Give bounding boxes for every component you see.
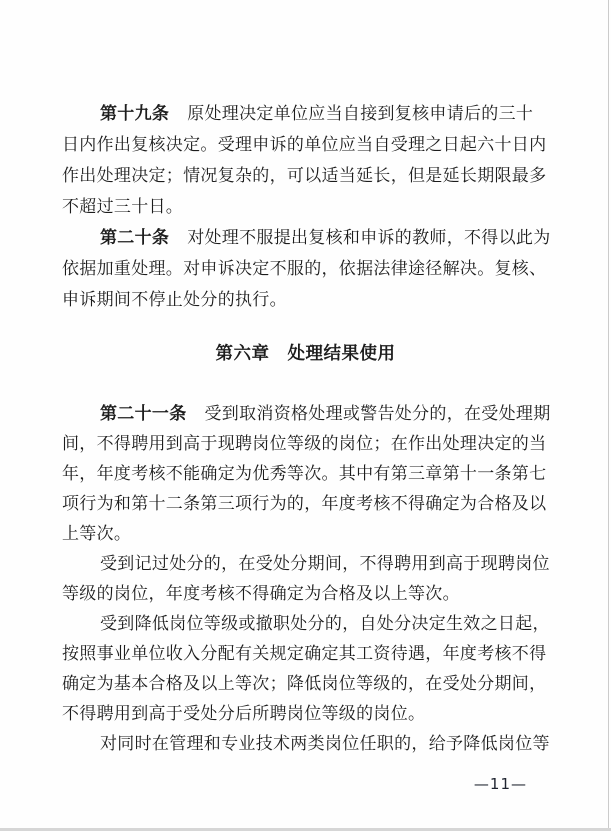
article20-line-2: 依据加重处理。对申诉决定不服的，依据法律途径解决。复核、 <box>62 254 548 285</box>
text-line: 对同时在管理和专业技术两类岗位任职的，给予降低岗位等 <box>62 729 548 759</box>
para-demotion-line-4: 不得聘用到高于受处分后所聘岗位等级的岗位。 <box>62 699 548 729</box>
text-line: 第二十条对处理不服提出复核和申诉的教师，不得以此为 <box>62 223 548 254</box>
article20-line-1: 对处理不服提出复核和申诉的教师，不得以此为 <box>187 228 550 248</box>
para-record-demerit-line-2: 等级的岗位，年度考核不得确定为合格及以上等次。 <box>62 579 548 609</box>
document-page: 第十九条原处理决定单位应当自接到复核申请后的三十 日内作出复核决定。受理申诉的单… <box>0 0 611 831</box>
article21-term: 第二十一条 <box>100 404 187 424</box>
text-line: 受到降低岗位等级或撤职处分的，自处分决定生效之日起， <box>62 609 548 639</box>
article19-line-4: 不超过三十日。 <box>62 192 548 223</box>
text-line: 第十九条原处理决定单位应当自接到复核申请后的三十 <box>62 99 548 130</box>
article19-line-2: 日内作出复核决定。受理申诉的单位应当自受理之日起六十日内 <box>62 130 548 161</box>
article21-line-5: 上等次。 <box>62 519 548 549</box>
articles-upper-block: 第十九条原处理决定单位应当自接到复核申请后的三十 日内作出复核决定。受理申诉的单… <box>62 99 548 316</box>
para-dual-post-line-1: 对同时在管理和专业技术两类岗位任职的，给予降低岗位等 <box>100 734 550 754</box>
article21-line-3: 年，年度考核不能确定为优秀等次。其中有第三章第十一条第七 <box>62 459 548 489</box>
text-line: 第二十一条受到取消资格处理或警告处分的，在受处理期 <box>62 399 548 429</box>
chapter-heading: 第六章 处理结果使用 <box>0 340 611 365</box>
article21-line-4: 项行为和第十二条第三项行为的，年度考核不得确定为合格及以 <box>62 489 548 519</box>
text-line: 受到记过处分的，在受处分期间，不得聘用到高于现聘岗位 <box>62 549 548 579</box>
para-demotion-line-3: 确定为基本合格及以上等次；降低岗位等级的，在受处分期间， <box>62 669 548 699</box>
article21-line-2: 间，不得聘用到高于现聘岗位等级的岗位；在作出处理决定的当 <box>62 429 548 459</box>
para-demotion-line-1: 受到降低岗位等级或撤职处分的，自处分决定生效之日起， <box>100 614 550 634</box>
article21-line-1: 受到取消资格处理或警告处分的，在受处理期 <box>205 404 551 424</box>
scan-right-edge <box>608 0 609 828</box>
article19-line-3: 作出处理决定；情况复杂的，可以适当延长，但是延长期限最多 <box>62 161 548 192</box>
articles-lower-block: 第二十一条受到取消资格处理或警告处分的，在受处理期 间，不得聘用到高于现聘岗位等… <box>62 399 548 759</box>
para-record-demerit-line-1: 受到记过处分的，在受处分期间，不得聘用到高于现聘岗位 <box>100 554 550 574</box>
article20-term: 第二十条 <box>100 228 169 248</box>
article20-line-3: 申诉期间不停止处分的执行。 <box>62 285 548 316</box>
para-demotion-line-2: 按照事业单位收入分配有关规定确定其工资待遇，年度考核不得 <box>62 639 548 669</box>
article19-line-1: 原处理决定单位应当自接到复核申请后的三十 <box>187 104 533 124</box>
article19-term: 第十九条 <box>100 104 169 124</box>
page-number: —11— <box>474 775 527 793</box>
